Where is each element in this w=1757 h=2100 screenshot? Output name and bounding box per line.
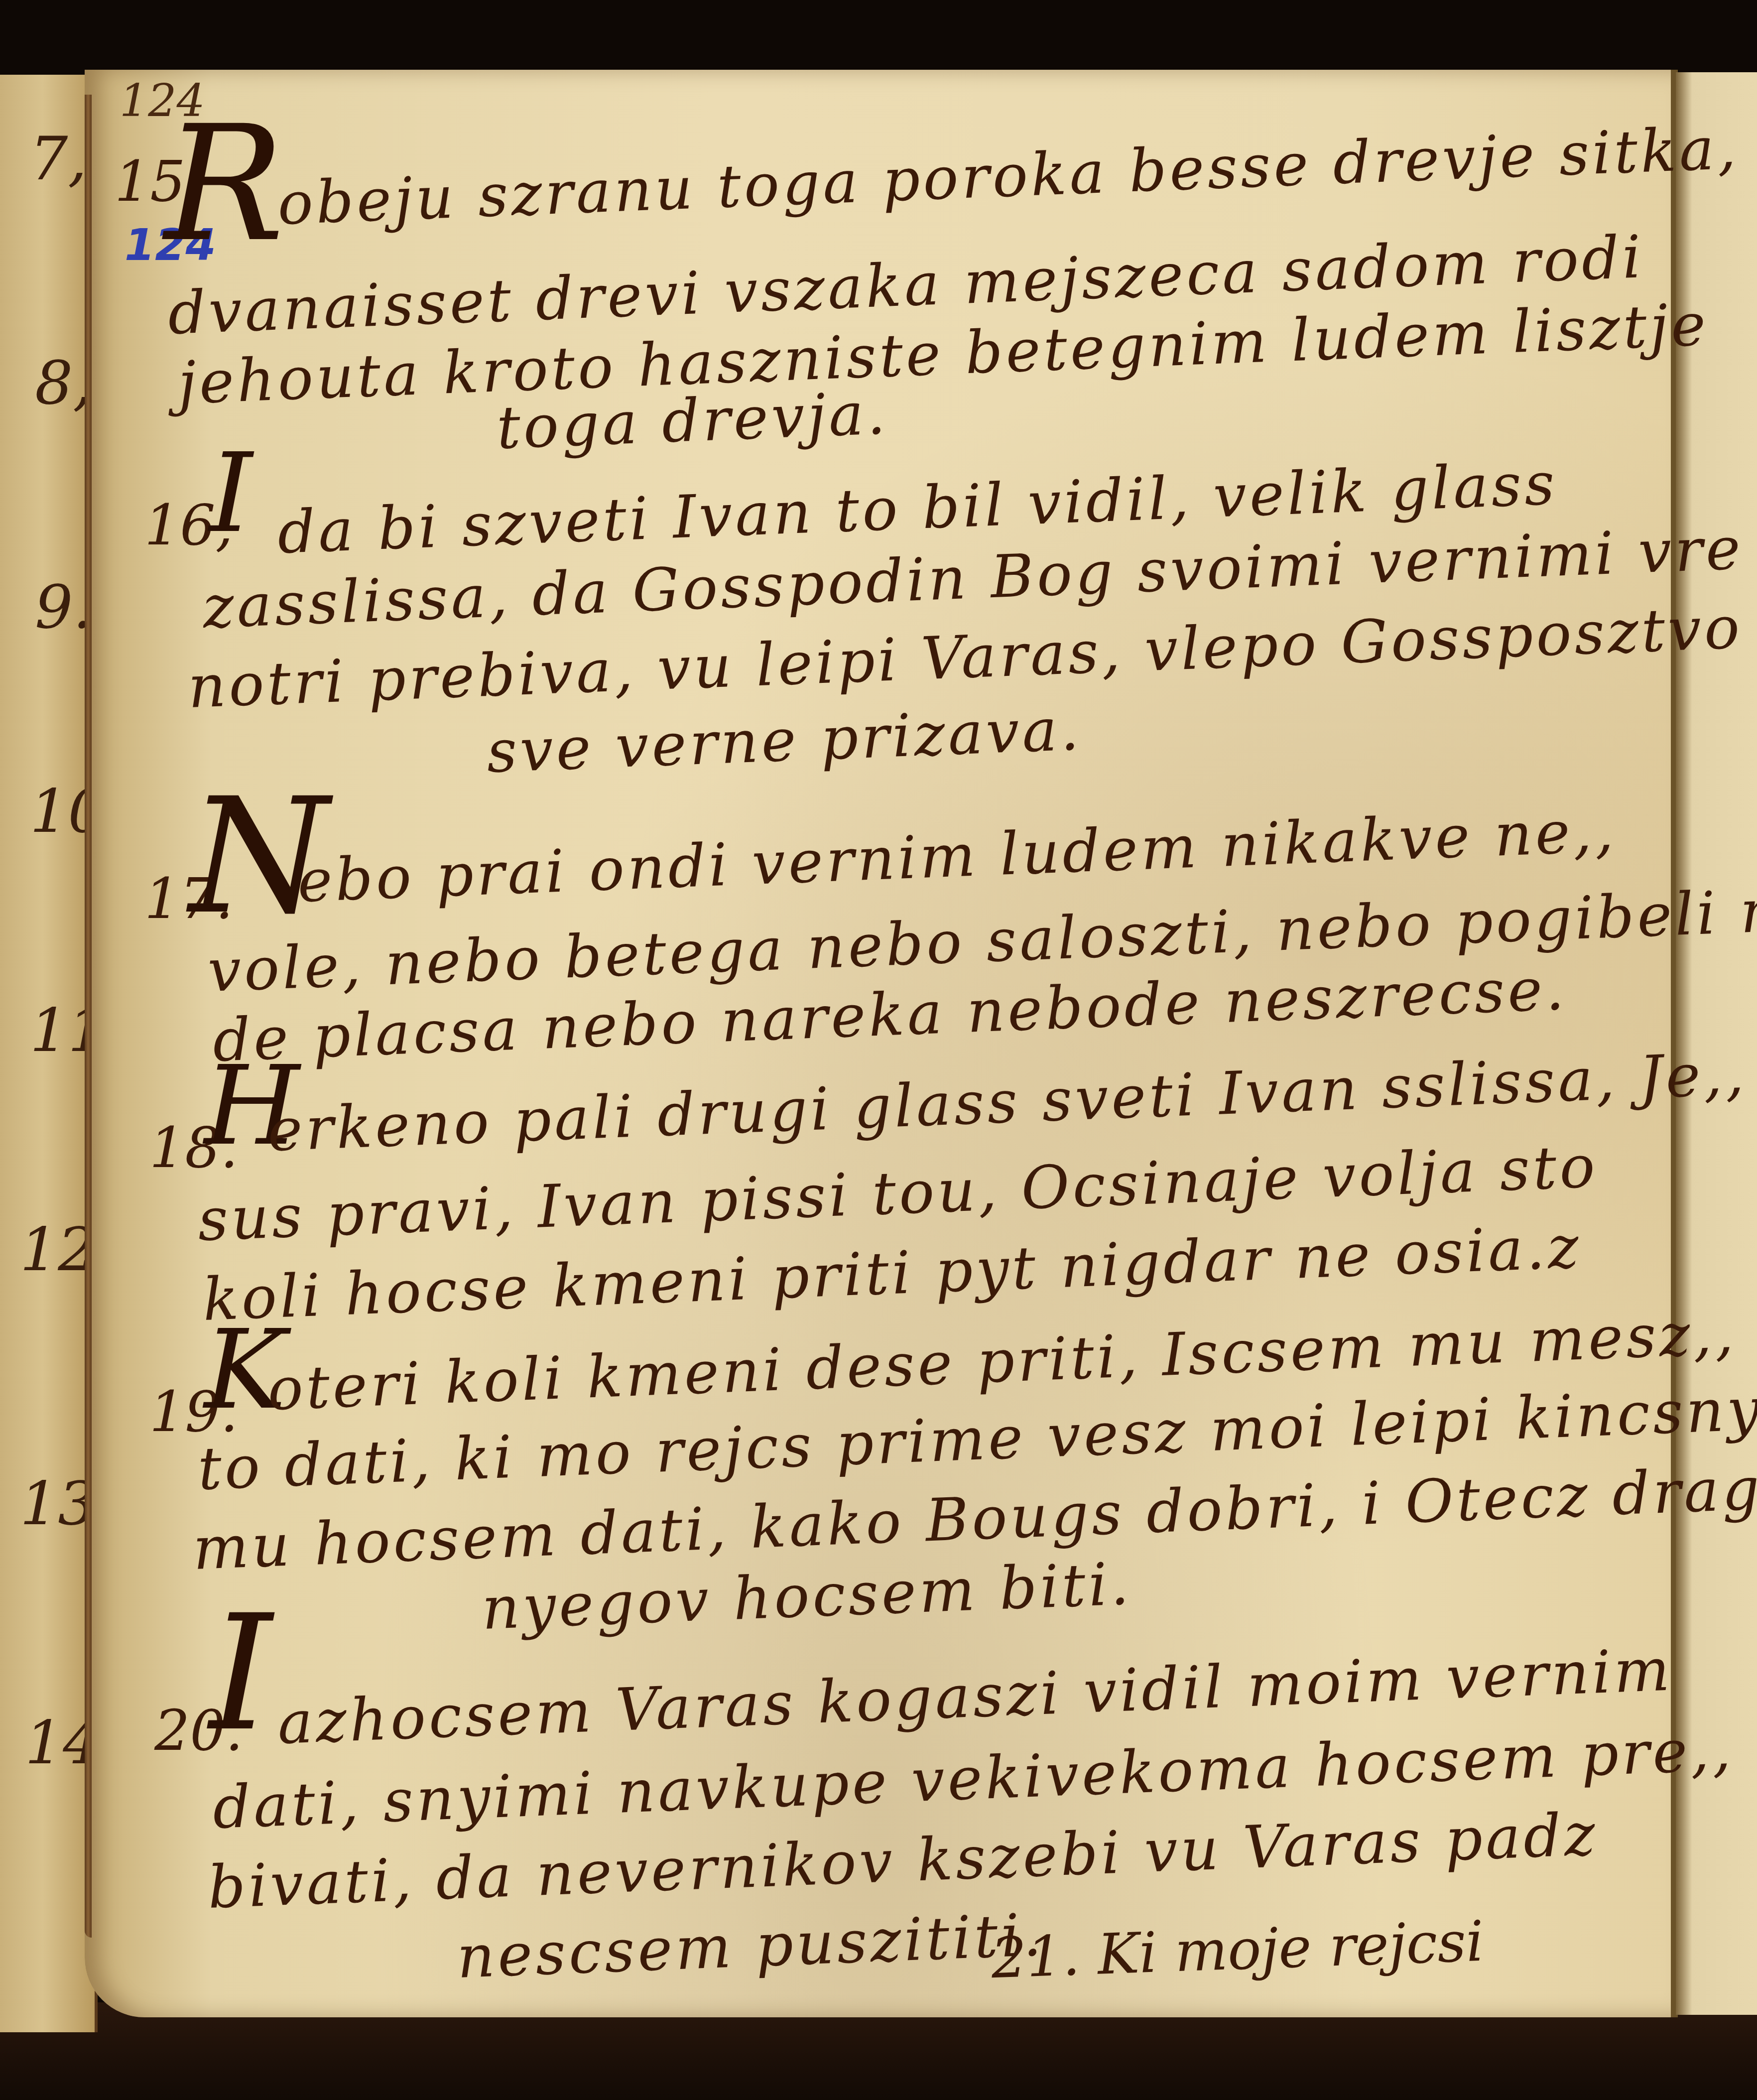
verse-initial: I — [209, 438, 252, 548]
margin-number: 9. — [35, 578, 92, 638]
page-fold — [85, 95, 92, 1938]
margin-number: 8, — [35, 354, 92, 413]
verse-initial: R — [164, 105, 284, 264]
manuscript-photo: 7, 8, 9. 10 11, 12. 13, 14, 124 124 15, … — [0, 0, 1757, 2100]
margin-number: 7, — [30, 130, 87, 189]
previous-page-strip: 7, 8, 9. 10 11, 12. 13, 14, — [0, 75, 98, 2032]
verse-initial: I — [209, 1594, 272, 1753]
